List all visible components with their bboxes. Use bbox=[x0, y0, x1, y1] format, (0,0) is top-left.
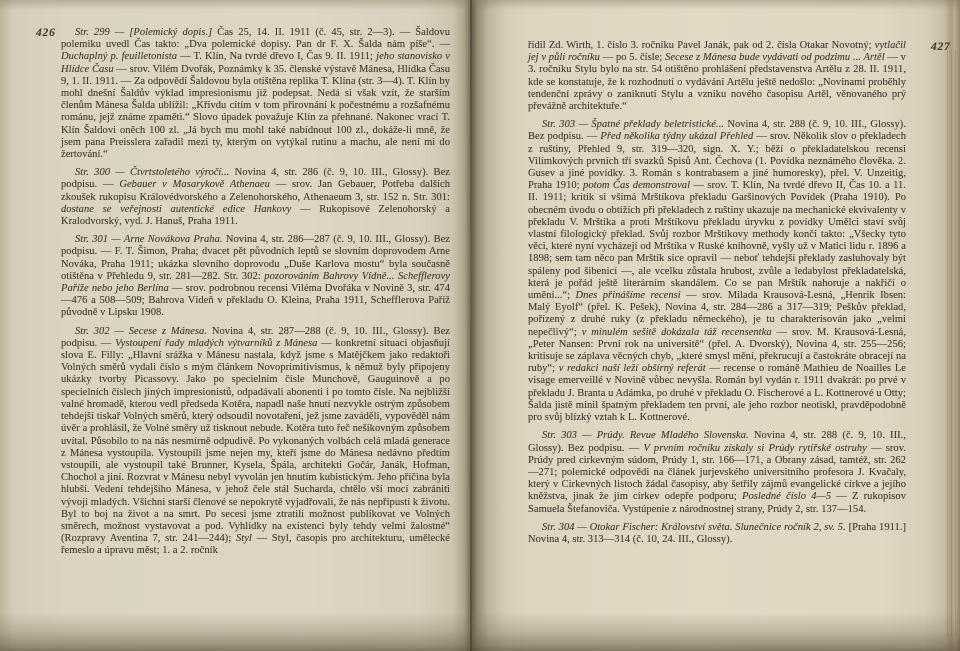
italic-text-run: Posledné číslo 4—5 bbox=[742, 491, 831, 502]
paragraph: Str. 299 — [Polemický dopis.] Čas 25, 14… bbox=[61, 27, 450, 161]
italic-text-run: Dnes přinášíme recensi bbox=[576, 290, 681, 301]
text-run: — T. Klín, Na tvrdé dřevo I, Čas 9. II. … bbox=[177, 51, 376, 62]
paragraph: Str. 303 — Prúdy. Revue Mladého Slovensk… bbox=[528, 430, 906, 515]
paragraph: Str. 302 — Secese z Mánesa. Novina 4, st… bbox=[61, 326, 450, 558]
italic-text-run: Str. 300 — Čtvrtstoletého výročí... bbox=[75, 167, 229, 178]
italic-text-run: v redakci naší leží obšírný referát bbox=[559, 363, 706, 374]
italic-text-run: Str. 299 — [Polemický dopis.] bbox=[75, 27, 212, 38]
italic-text-run: Str. 303 — Špatné překlady beletristické… bbox=[542, 119, 724, 130]
page-number-right: 427 bbox=[931, 41, 951, 53]
italic-text-run: v minulém sešitě dokázala táž recensentk… bbox=[582, 327, 772, 338]
italic-text-run: Str. 303 — Prúdy. Revue Mladého Slovensk… bbox=[542, 430, 749, 441]
text-run: — srov. T. Klín, Na tvrdé dřevo II, Čas … bbox=[528, 180, 906, 301]
italic-text-run: Str. 302 — Secese z Mánesa. bbox=[75, 326, 207, 337]
right-page-text: řídil Zd. Wirth, 1. číslo 3. ročníku Pav… bbox=[528, 40, 906, 552]
italic-text-run: V prvním ročníku získaly si Prúdy rytířs… bbox=[643, 443, 866, 454]
text-run: — konkretní situaci objasňují slova E. F… bbox=[61, 338, 450, 544]
italic-text-run: Vystoupení řady mladých výtvarníků z Mán… bbox=[115, 338, 317, 349]
paragraph: Str. 303 — Špatné překlady beletristické… bbox=[528, 119, 906, 424]
book-gutter-crease bbox=[470, 0, 472, 651]
italic-text-run: Secese z Mánesa bude vydávati od podzimu… bbox=[665, 52, 885, 63]
text-run: řídil Zd. Wirth, 1. číslo 3. ročníku Pav… bbox=[528, 40, 875, 51]
paragraph: Str. 304 — Otokar Fischer: Království sv… bbox=[528, 522, 906, 546]
page-number-left: 426 bbox=[36, 27, 56, 39]
italic-text-run: Duchaplný p. feuilletonista bbox=[61, 51, 177, 62]
left-page-text: Str. 299 — [Polemický dopis.] Čas 25, 14… bbox=[61, 27, 450, 564]
page-stack-edge bbox=[947, 50, 959, 637]
paragraph: řídil Zd. Wirth, 1. číslo 3. ročníku Pav… bbox=[528, 40, 906, 113]
paragraph: Str. 301 — Arne Novákova Praha. Novina 4… bbox=[61, 234, 450, 319]
book-scan-spread: 426 427 Str. 299 — [Polemický dopis.] Ča… bbox=[0, 0, 960, 651]
text-run: — srov. Vilém Dvořák, Poznámky k 35. čle… bbox=[61, 64, 450, 160]
paragraph: Str. 300 — Čtvrtstoletého výročí... Novi… bbox=[61, 167, 450, 228]
italic-text-run: Str. 301 — Arne Novákova Praha. bbox=[75, 234, 223, 245]
italic-text-run: Gebauer v Masarykově Athenaeu bbox=[119, 179, 270, 190]
italic-text-run: Styl bbox=[236, 533, 252, 544]
italic-text-run: Str. 304 — Otokar Fischer: Království sv… bbox=[542, 522, 846, 533]
italic-text-run: potom Čas demonstroval bbox=[583, 180, 690, 191]
italic-text-run: Před několika týdny ukázal Přehled bbox=[600, 131, 753, 142]
text-run: — po 5. čísle; bbox=[600, 52, 665, 63]
italic-text-run: dostane se veřejnosti autentické edice H… bbox=[61, 204, 291, 215]
